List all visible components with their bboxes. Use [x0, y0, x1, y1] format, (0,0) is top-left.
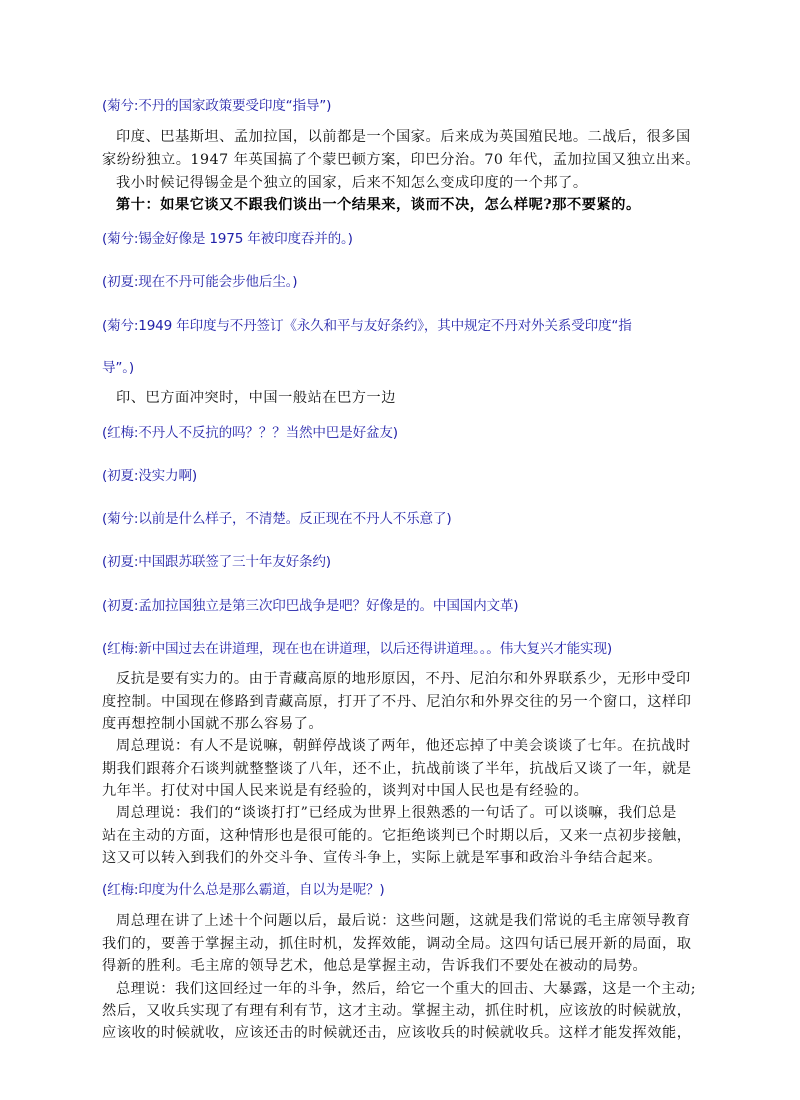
paragraph-line: 然后，又收兵实现了有理有利有节，这才主动。掌握主动，抓住时机，应该放的时候就放，: [102, 1002, 692, 1020]
paragraph-line: 九年半。打仗对中国人民来说是有经验的，谈判对中国人民也是有经验的。: [102, 782, 588, 800]
paragraph-line: 我们的，要善于掌握主动，抓住时机，发挥效能，调动全局。这四句话已展开新的局面，取: [102, 935, 692, 953]
paragraph-line: 度再想控制小国就不那么容易了。: [102, 715, 323, 733]
reader-comment: (初夏:孟加拉国独立是第三次印巴战争是吧？好像是的。中国国内文革): [102, 597, 518, 615]
paragraph-line: 得新的胜利。毛主席的领导艺术，他总是掌握主动，告诉我们不要处在被动的局势。: [102, 957, 647, 975]
paragraph-line: 周总理说：我们的“谈谈打打”已经成为世界上很熟悉的一句话了。可以谈嘛，我们总是: [116, 804, 677, 822]
reader-comment: (菊兮:锡金好像是 1975 年被印度吞并的。): [102, 230, 353, 248]
paragraph-line: 我小时候记得锡金是个独立的国家，后来不知怎么变成印度的一个邦了。: [116, 174, 588, 192]
paragraph-line: 这又可以转入到我们的外交斗争、宣传斗争上，实际上就是军事和政治斗争结合起来。: [102, 849, 662, 867]
document-page: (菊兮:不丹的国家政策要受印度“指导”) 印度、巴基斯坦、孟加拉国，以前都是一个…: [0, 0, 800, 1100]
section-heading: 第十：如果它谈又不跟我们谈出一个结果来，谈而不决，怎么样呢?那不要紧的。: [116, 196, 641, 214]
paragraph-line: 应该收的时候就收，应该还击的时候就还击，应该收兵的时候就收兵。这样才能发挥效能，: [102, 1024, 692, 1042]
paragraph-line: 站在主动的方面，这种情形也是很可能的。它拒绝谈判已个时期以后，又来一点初步接触，: [102, 827, 692, 845]
paragraph-line: 期我们跟蒋介石谈判就整整谈了八年，还不止，抗战前谈了半年，抗战后又谈了一年，就是: [102, 760, 692, 778]
paragraph-line: 印、巴方面冲突时，中国一般站在巴方一边: [116, 389, 396, 407]
paragraph-line: 家纷纷独立。1947 年英国搞了个蒙巴顿方案，印巴分治。70 年代，孟加拉国又独…: [102, 151, 700, 169]
reader-comment: (菊兮:1949 年印度与不丹签订《永久和平与友好条约》，其中规定不丹对外关系受…: [102, 317, 632, 335]
reader-comment: (红梅:不丹人不反抗的吗？？？当然中巴是好盆友): [102, 424, 398, 442]
paragraph-line: 周总理说：有人不是说嘛，朝鲜停战谈了两年，他还忘掉了中美会谈谈了七年。在抗战时: [116, 737, 691, 755]
paragraph-line: 总理说：我们这回经过一年的斗争，然后，给它一个重大的回击、大暴露，这是一个主动;: [116, 980, 696, 998]
reader-comment: (初夏:现在不丹可能会步他后尘。): [102, 273, 297, 291]
reader-comment: (菊兮:以前是什么样子，不清楚。反正现在不丹人不乐意了): [102, 510, 451, 528]
reader-comment: (初夏:没实力啊): [102, 467, 197, 485]
reader-comment: (红梅:新中国过去在讲道理，现在也在讲道理，以后还得讲道理。。。伟大复兴才能实现…: [102, 640, 612, 658]
reader-comment: (初夏:中国跟苏联签了三十年友好条约): [102, 553, 331, 571]
reader-comment: 导”。): [102, 359, 134, 377]
paragraph-line: 印度、巴基斯坦、孟加拉国，以前都是一个国家。后来成为英国殖民地。二战后，很多国: [116, 128, 691, 146]
reader-comment: (菊兮:不丹的国家政策要受印度“指导”): [102, 97, 331, 115]
paragraph-line: 周总理在讲了上述十个问题以后，最后说：这些问题，这就是我们常说的毛主席领导教育: [116, 912, 691, 930]
paragraph-line: 反抗是要有实力的。由于青藏高原的地形原因，不丹、尼泊尔和外界联系少，无形中受印: [116, 670, 691, 688]
paragraph-line: 度控制。中国现在修路到青藏高原，打开了不丹、尼泊尔和外界交往的另一个窗口，这样印: [102, 693, 692, 711]
reader-comment: (红梅:印度为什么总是那么霸道，自以为是呢？): [102, 881, 384, 899]
